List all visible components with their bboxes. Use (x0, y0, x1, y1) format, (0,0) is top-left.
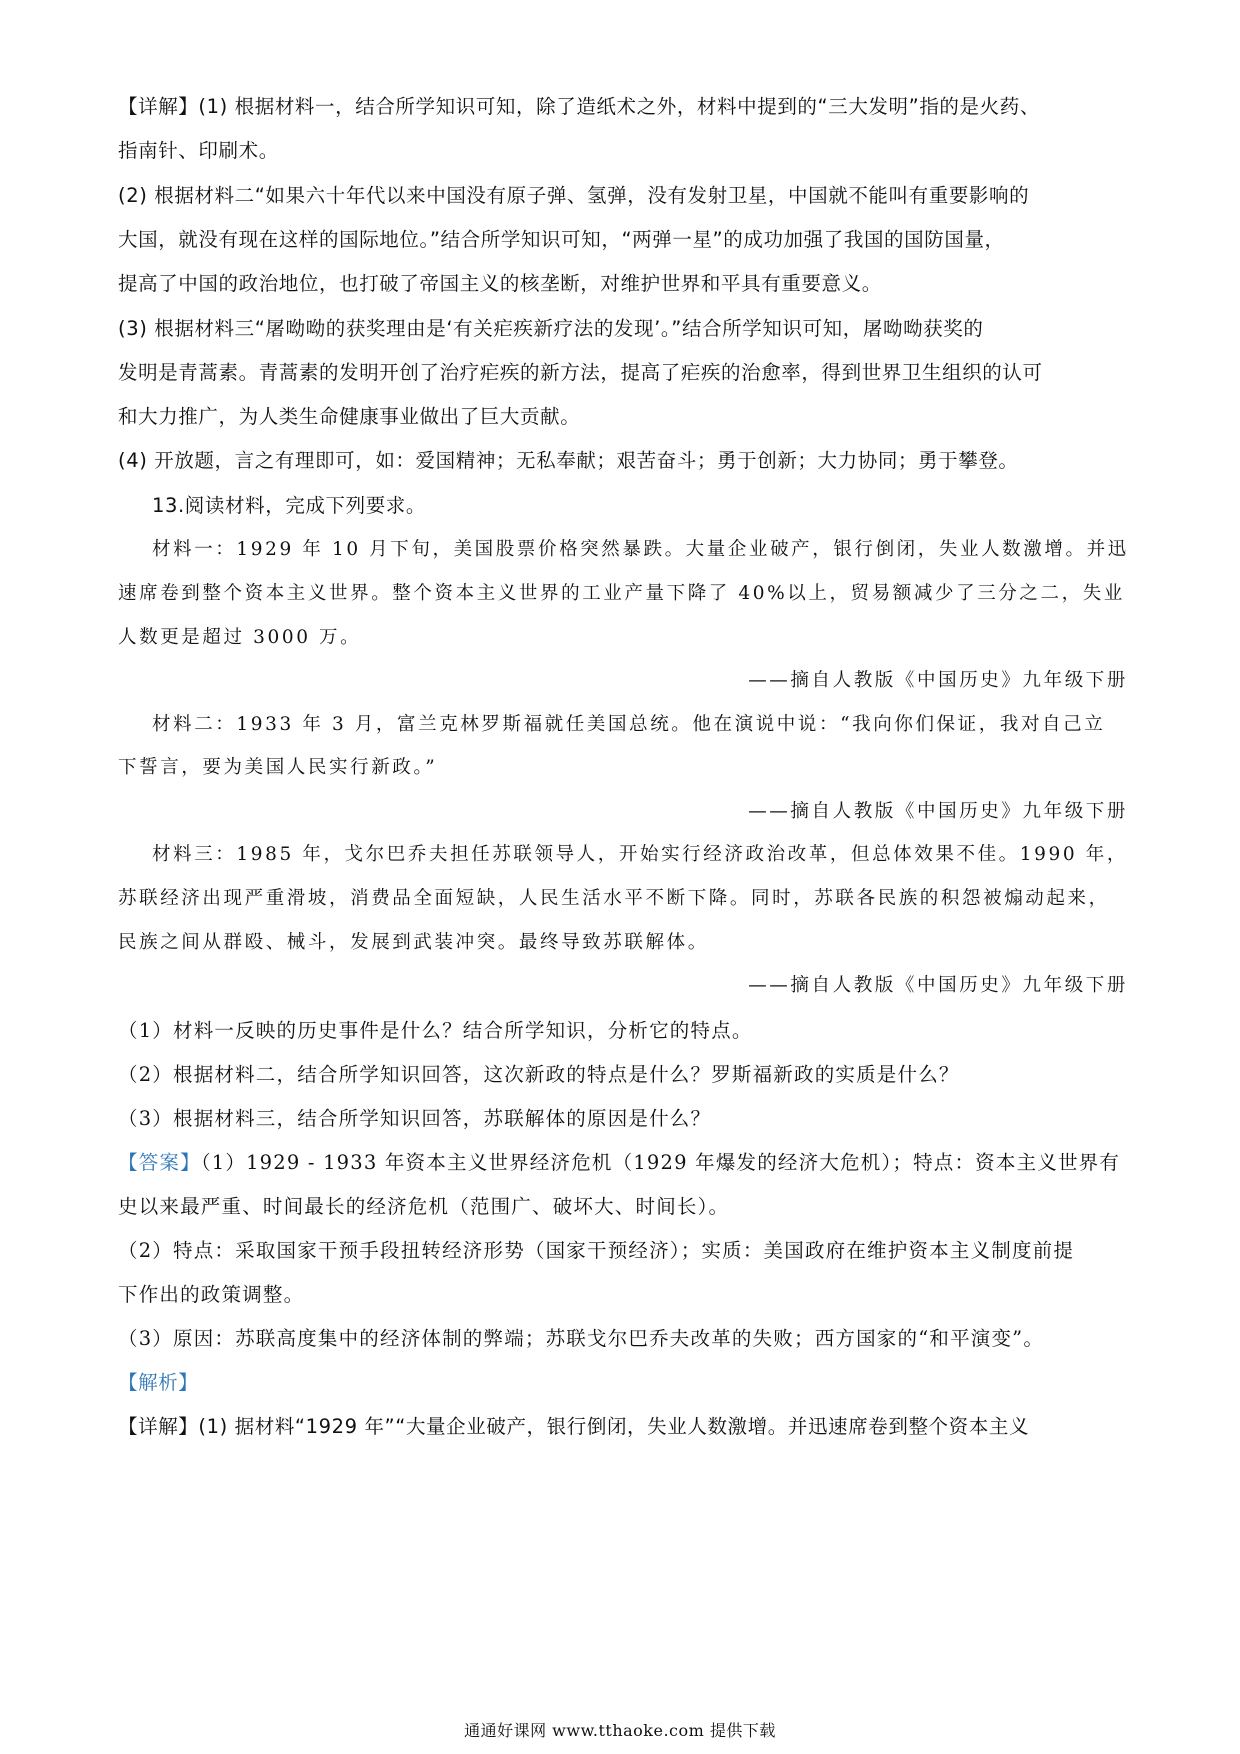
prev-explanation-p4-line1: (4) 开放题，言之有理即可，如：爱国精神；无私奉献；艰苦奋斗；勇于创新；大力协… (118, 446, 1130, 476)
material1-line3: 人数更是超过 3000 万。 (118, 623, 1130, 653)
material3-line3: 民族之间从群殴、械斗，发展到武装冲突。最终导致苏联解体。 (118, 928, 1130, 958)
document-page: 【详解】(1) 根据材料一，结合所学知识可知，除了造纸术之外，材料中提到的“三大… (0, 0, 1240, 1754)
question-13-title: 13.阅读材料，完成下列要求。 (152, 491, 1164, 521)
prev-explanation-p2-line1: (2) 根据材料二“如果六十年代以来中国没有原子弹、氢弹，没有发射卫星，中国就不… (118, 181, 1130, 211)
prev-explanation-p3-line3: 和大力推广，为人类生命健康事业做出了巨大贡献。 (118, 402, 1130, 432)
material1-line2: 速席卷到整个资本主义世界。整个资本主义世界的工业产量下降了 40%以上，贸易额减… (118, 579, 1130, 609)
explanation-label: 【详解】 (118, 1415, 198, 1438)
material1-source: ——摘自人教版《中国历史》九年级下册 (748, 666, 1128, 696)
material2-line1: 材料二：1933 年 3 月，富兰克林罗斯福就任美国总统。他在演说中说：“我向你… (152, 710, 1164, 740)
prev-explanation-p1-line1: 【详解】(1) 根据材料一，结合所学知识可知，除了造纸术之外，材料中提到的“三大… (118, 92, 1130, 122)
material2-line2: 下誓言，要为美国人民实行新政。” (118, 753, 1130, 783)
prev-explanation-p3-line1: (3) 根据材料三“屠呦呦的获奖理由是‘有关疟疾新疗法的发现’。”结合所学知识可… (118, 314, 1130, 344)
page-footer: 通通好课网 www.tthaoke.com 提供下载 (0, 1718, 1240, 1741)
material2-source: ——摘自人教版《中国历史》九年级下册 (748, 797, 1128, 827)
answer-label: 【答案】 (118, 1151, 201, 1174)
prev-explanation-p3-line2: 发明是青蒿素。青蒿素的发明开创了治疗疟疾的新方法，提高了疟疾的治愈率，得到世界卫… (118, 358, 1130, 388)
answer-1-line1: 【答案】（1）1929 - 1933 年资本主义世界经济危机（1929 年爆发的… (118, 1148, 1130, 1178)
sub-question-2: （2）根据材料二，结合所学知识回答，这次新政的特点是什么？罗斯福新政的实质是什么… (118, 1060, 1130, 1090)
answer-3-line1: （3）原因：苏联高度集中的经济体制的弊端；苏联戈尔巴乔夫改革的失败；西方国家的“… (118, 1324, 1130, 1354)
explanation-line1: 【详解】(1) 据材料“1929 年”“大量企业破产，银行倒闭，失业人数激增。并… (118, 1412, 1130, 1442)
material1-line1: 材料一：1929 年 10 月下旬，美国股票价格突然暴跌。大量企业破产，银行倒闭… (152, 535, 1164, 565)
answer-2-line1: （2）特点：采取国家干预手段扭转经济形势（国家干预经济）；实质：美国政府在维护资… (118, 1236, 1130, 1266)
sub-question-3: （3）根据材料三，结合所学知识回答，苏联解体的原因是什么？ (118, 1104, 1130, 1134)
sub-question-1: （1）材料一反映的历史事件是什么？结合所学知识，分析它的特点。 (118, 1016, 1130, 1046)
prev-explanation-p2-line3: 提高了中国的政治地位，也打破了帝国主义的核垄断，对维护世界和平具有重要意义。 (118, 269, 1130, 299)
material3-line1: 材料三：1985 年，戈尔巴乔夫担任苏联领导人，开始实行经济政治改革，但总体效果… (152, 840, 1164, 870)
prev-explanation-p2-line2: 大国，就没有现在这样的国际地位。”结合所学知识可知，“两弹一星”的成功加强了我国… (118, 225, 1130, 255)
analysis-label: 【解析】 (118, 1368, 1130, 1398)
explanation-label: 【详解】 (118, 95, 198, 118)
answer-2-line2: 下作出的政策调整。 (118, 1280, 1130, 1310)
answer-1-line2: 史以来最严重、时间最长的经济危机（范围广、破坏大、时间长）。 (118, 1192, 1130, 1222)
material3-line2: 苏联经济出现严重滑坡，消费品全面短缺，人民生活水平不断下降。同时，苏联各民族的积… (118, 884, 1130, 914)
material3-source: ——摘自人教版《中国历史》九年级下册 (748, 971, 1128, 1001)
prev-explanation-p1-line2: 指南针、印刷术。 (118, 136, 1130, 166)
